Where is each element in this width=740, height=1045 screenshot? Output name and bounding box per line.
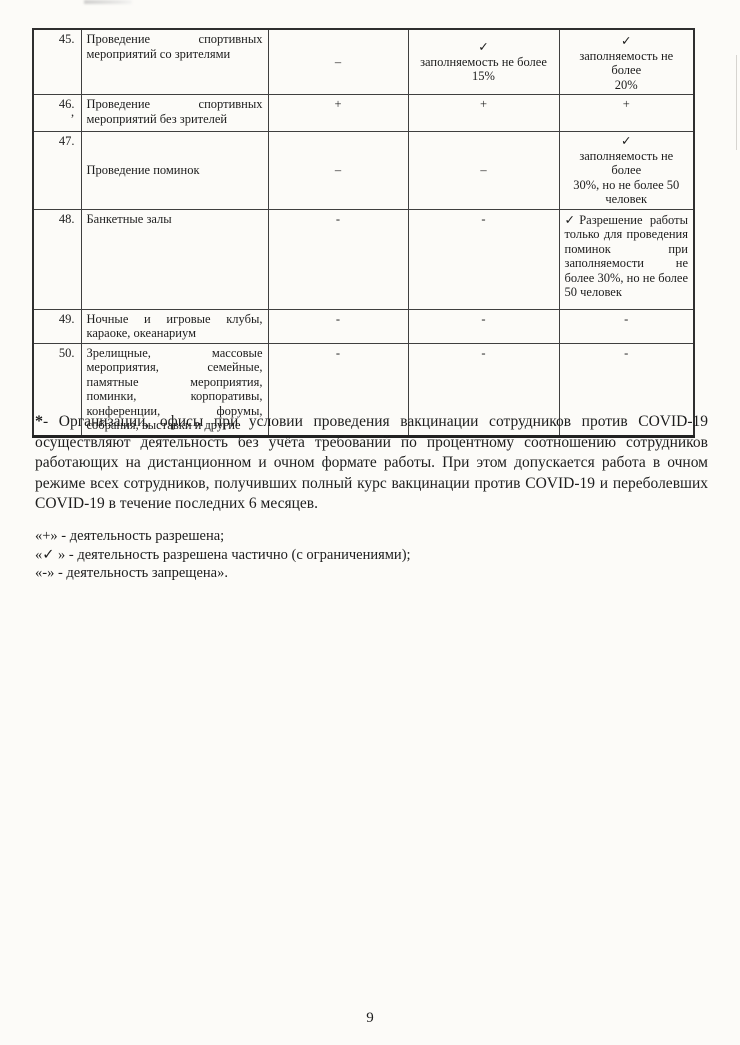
status-cell-2: –: [408, 132, 559, 210]
legend-item-forbidden: «-» - деятельность запрещена».: [35, 564, 635, 583]
activity-name-cell: Проведение спортивных мероприятий со зри…: [81, 29, 268, 95]
symbols-legend: «+» - деятельность разрешена; «✓ » - дея…: [35, 527, 635, 583]
status-cell-3: -: [559, 309, 694, 343]
status-cell-3: ✓Разрешение работы только для проведения…: [559, 209, 694, 309]
scanned-document-page: 45. Проведение спортивных мероприятий со…: [0, 0, 740, 1045]
table-row: 49. Ночные и игровые клубы, караоке, оке…: [33, 309, 694, 343]
table-row: 46. ’ Проведение спортивных мероприятий …: [33, 95, 694, 132]
status-cell-1: -: [268, 209, 408, 309]
status-cell-3: ✓ заполняемость не более 30%, но не боле…: [559, 132, 694, 210]
row-number-cell: 48.: [33, 209, 81, 309]
page-number: 9: [0, 1010, 740, 1027]
table-row: 45. Проведение спортивных мероприятий со…: [33, 29, 694, 95]
status-cell-1: -: [268, 309, 408, 343]
legend-item-partially-allowed: «✓ » - деятельность разрешена частично (…: [35, 546, 635, 565]
vaccination-footnote: *- Организации, офисы при условии провед…: [35, 412, 708, 515]
footnote-text: - Организации, офисы при условии проведе…: [35, 413, 708, 512]
status-cell-1: –: [268, 132, 408, 210]
activity-name-cell: Банкетные залы: [81, 209, 268, 309]
activity-name-cell: Проведение поминок: [81, 132, 268, 210]
table-row: 48. Банкетные залы - - ✓Разрешение работ…: [33, 209, 694, 309]
status-cell-1: –: [268, 29, 408, 95]
status-cell-3: ✓ заполняемость не более 20%: [559, 29, 694, 95]
status-cell-2: -: [408, 209, 559, 309]
row-number-cell: 46. ’: [33, 95, 81, 132]
footnote-asterisk: *: [35, 413, 43, 430]
status-cell-2: -: [408, 309, 559, 343]
status-cell-1: +: [268, 95, 408, 132]
table-row: 47. Проведение поминок – – ✓ заполняемос…: [33, 132, 694, 210]
scan-smudge-artifact: [84, 0, 132, 4]
activity-name-cell: Проведение спортивных мероприятий без зр…: [81, 95, 268, 132]
row-number-cell: 47.: [33, 132, 81, 210]
status-cell-2: ✓ заполняемость не более 15%: [408, 29, 559, 95]
activity-name-cell: Ночные и игровые клубы, караоке, океанар…: [81, 309, 268, 343]
activity-restrictions-table: 45. Проведение спортивных мероприятий со…: [32, 28, 695, 438]
row-number-cell: 49.: [33, 309, 81, 343]
status-cell-3: +: [559, 95, 694, 132]
legend-item-allowed: «+» - деятельность разрешена;: [35, 527, 635, 546]
scan-edge-artifact: [736, 55, 737, 150]
row-number-cell: 45.: [33, 29, 81, 95]
status-cell-2: +: [408, 95, 559, 132]
